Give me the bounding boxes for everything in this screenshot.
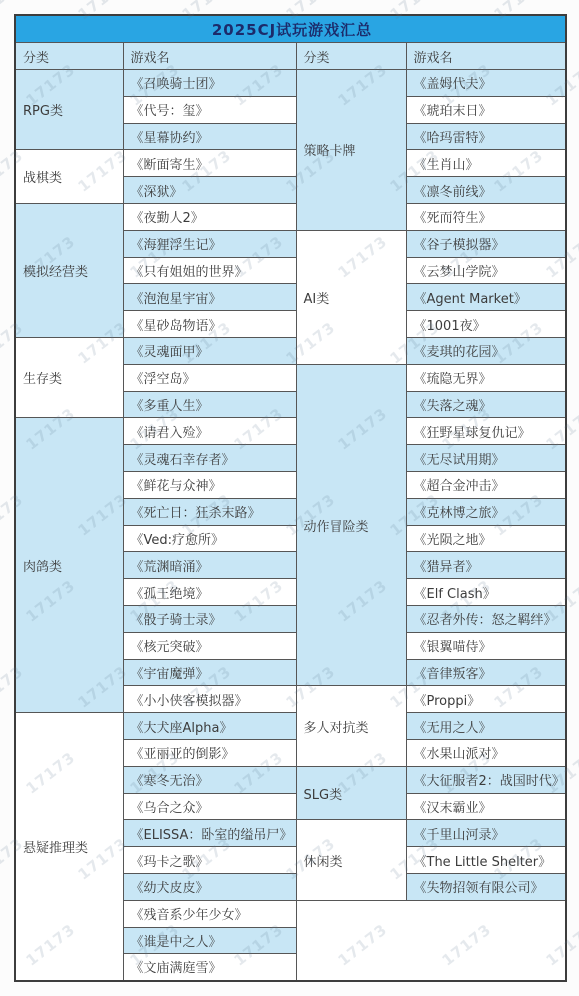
game-cell-left: 《鲜花与众神》 <box>123 471 296 498</box>
game-cell-left: 《灵魂面甲》 <box>123 337 296 364</box>
game-cell-left: 《荒渊暗涌》 <box>123 552 296 579</box>
table-row: 战棋类《断面寄生》《生肖山》 <box>15 150 566 177</box>
header-category-right: 分类 <box>296 43 406 70</box>
game-cell-left: 《灵魂石幸存者》 <box>123 445 296 472</box>
game-cell-right: 《失落之魂》 <box>406 391 566 418</box>
game-cell-left: 《文庙满庭雪》 <box>123 954 296 981</box>
category-cell-right: AI类 <box>296 230 406 364</box>
game-cell-left: 《星砂岛物语》 <box>123 311 296 338</box>
game-cell-left: 《死亡日：狂杀末路》 <box>123 498 296 525</box>
game-cell-left: 《亚丽亚的倒影》 <box>123 739 296 766</box>
game-cell-left: 《海狸浮生记》 <box>123 230 296 257</box>
game-cell-right: 《盖姆代夫》 <box>406 70 566 97</box>
game-cell-right: 《琥珀末日》 <box>406 96 566 123</box>
table-row: 生存类《灵魂面甲》《麦琪的花园》 <box>15 337 566 364</box>
header-category-left: 分类 <box>15 43 123 70</box>
games-summary-table: 2025CJ试玩游戏汇总 分类 游戏名 分类 游戏名 RPG类《召唤骑士团》策略… <box>14 14 567 982</box>
category-cell-left: RPG类 <box>15 70 123 150</box>
game-cell-right: 《Agent Market》 <box>406 284 566 311</box>
game-cell-left: 《多重人生》 <box>123 391 296 418</box>
game-cell-left: 《Ved:疗愈所》 <box>123 525 296 552</box>
game-cell-right: 《超合金冲击》 <box>406 471 566 498</box>
game-cell-right: 《哈玛雷特》 <box>406 123 566 150</box>
category-cell-right: 休闲类 <box>296 820 406 900</box>
game-cell-left: 《孤王绝境》 <box>123 579 296 606</box>
category-cell-left: 悬疑推理类 <box>15 713 123 981</box>
game-cell-left: 《夜勤人2》 <box>123 203 296 230</box>
table-row: RPG类《召唤骑士团》策略卡牌《盖姆代夫》 <box>15 70 566 97</box>
game-cell-right: 《忍者外传：怒之羁绊》 <box>406 605 566 632</box>
table-row: 悬疑推理类《大犬座Alpha》《无用之人》 <box>15 713 566 740</box>
game-cell-right: 《麦琪的花园》 <box>406 337 566 364</box>
game-cell-left: 《谁是中之人》 <box>123 927 296 954</box>
game-cell-left: 《寒冬无治》 <box>123 766 296 793</box>
game-cell-right: 《水果山派对》 <box>406 739 566 766</box>
game-cell-left: 《大犬座Alpha》 <box>123 713 296 740</box>
game-cell-right: 《云梦山学院》 <box>406 257 566 284</box>
game-cell-left: 《断面寄生》 <box>123 150 296 177</box>
game-cell-left: 《深狱》 <box>123 177 296 204</box>
header-gamename-left: 游戏名 <box>123 43 296 70</box>
game-cell-right: 《银翼喵侍》 <box>406 632 566 659</box>
category-cell-right: 多人对抗类 <box>296 686 406 766</box>
game-cell-right: 《谷子模拟器》 <box>406 230 566 257</box>
game-cell-left: 《请君入殓》 <box>123 418 296 445</box>
game-cell-right: 《无尽试用期》 <box>406 445 566 472</box>
header-gamename-right: 游戏名 <box>406 43 566 70</box>
game-cell-right: 《无用之人》 <box>406 713 566 740</box>
game-cell-right: 《音律叛客》 <box>406 659 566 686</box>
game-cell-left: 《骰子骑士录》 <box>123 605 296 632</box>
game-cell-right: 《死而符生》 <box>406 203 566 230</box>
game-cell-left: 《星幕协约》 <box>123 123 296 150</box>
game-cell-right: 《狂野星球复仇记》 <box>406 418 566 445</box>
game-cell-left: 《泡泡星宇宙》 <box>123 284 296 311</box>
game-cell-left: 《核元突破》 <box>123 632 296 659</box>
game-cell-right: 《1001夜》 <box>406 311 566 338</box>
game-cell-right: 《琉隐无界》 <box>406 364 566 391</box>
game-cell-right: 《失物招领有限公司》 <box>406 873 566 900</box>
game-cell-left: 《残音系少年少女》 <box>123 900 296 927</box>
category-cell-left: 生存类 <box>15 337 123 417</box>
game-cell-left: 《宇宙魔弹》 <box>123 659 296 686</box>
game-cell-right: 《大征服者2：战国时代》 <box>406 766 566 793</box>
category-cell-right: 动作冒险类 <box>296 364 406 686</box>
game-cell-left: 《玛卡之歌》 <box>123 847 296 874</box>
game-cell-right: 《光陨之地》 <box>406 525 566 552</box>
game-cell-left: 《代号：玺》 <box>123 96 296 123</box>
game-cell-right: 《汉末霸业》 <box>406 793 566 820</box>
game-cell-left: 《乌合之众》 <box>123 793 296 820</box>
table-header-row: 分类 游戏名 分类 游戏名 <box>15 43 566 70</box>
game-cell-left: 《只有姐姐的世界》 <box>123 257 296 284</box>
game-cell-left: 《ELISSA：卧室的缢吊尸》 <box>123 820 296 847</box>
game-cell-right: 《The Little Shelter》 <box>406 847 566 874</box>
game-cell-right: 《生肖山》 <box>406 150 566 177</box>
empty-cell-right <box>296 900 566 980</box>
game-cell-left: 《浮空岛》 <box>123 364 296 391</box>
game-cell-right: 《千里山河录》 <box>406 820 566 847</box>
category-cell-left: 战棋类 <box>15 150 123 204</box>
table-row: 模拟经营类《夜勤人2》《死而符生》 <box>15 203 566 230</box>
category-cell-right: 策略卡牌 <box>296 70 406 231</box>
category-cell-left: 模拟经营类 <box>15 203 123 337</box>
game-cell-right: 《猎异者》 <box>406 552 566 579</box>
table-title: 2025CJ试玩游戏汇总 <box>15 15 566 43</box>
game-cell-left: 《幼犬皮皮》 <box>123 873 296 900</box>
game-cell-right: 《克林博之旅》 <box>406 498 566 525</box>
game-cell-right: 《Proppi》 <box>406 686 566 713</box>
table-row: 肉鸽类《请君入殓》《狂野星球复仇记》 <box>15 418 566 445</box>
category-cell-right: SLG类 <box>296 766 406 820</box>
game-cell-left: 《小小侠客模拟器》 <box>123 686 296 713</box>
table-title-row: 2025CJ试玩游戏汇总 <box>15 15 566 43</box>
game-cell-right: 《凛冬前线》 <box>406 177 566 204</box>
game-cell-right: 《Elf Clash》 <box>406 579 566 606</box>
game-cell-left: 《召唤骑士团》 <box>123 70 296 97</box>
category-cell-left: 肉鸽类 <box>15 418 123 713</box>
